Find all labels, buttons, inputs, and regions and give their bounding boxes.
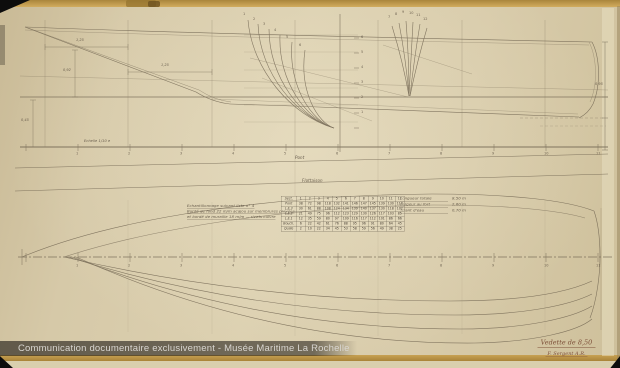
caption-bar: Communication documentaire exclusivement… [0,341,357,356]
scanned-lines-plan: Echantillonnage suivant liste n° 4 Bordé… [0,0,620,368]
lines-plan-drawing [0,0,620,368]
caption-text: Communication documentaire exclusivement… [18,343,350,354]
